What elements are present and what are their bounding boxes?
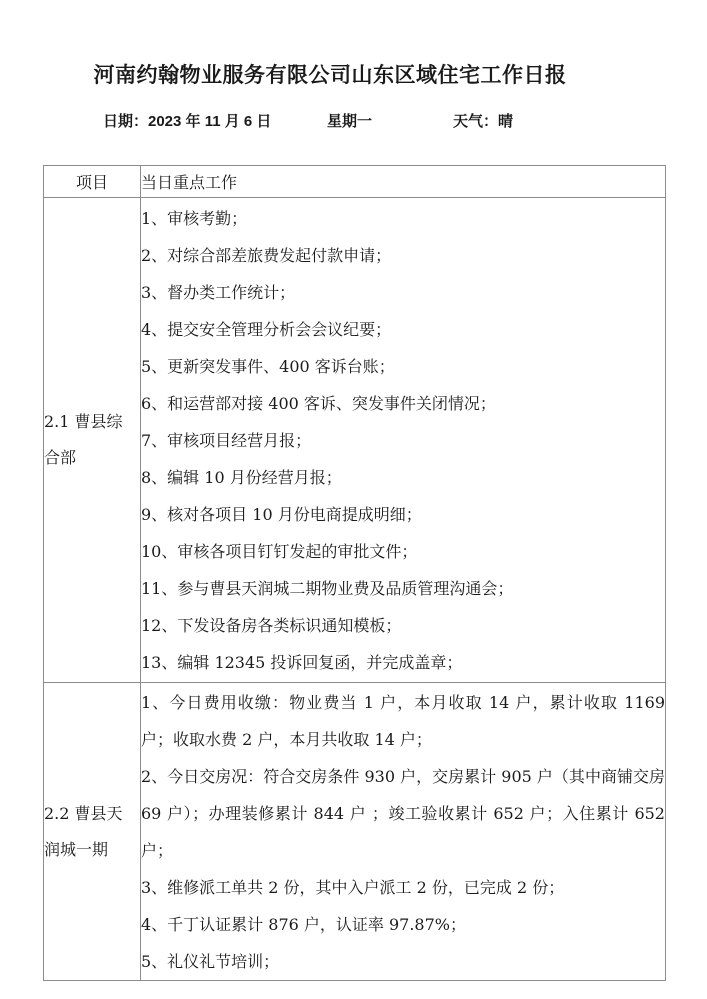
work-item: 5、礼仪礼节培训； [141, 943, 665, 980]
project-name-line: 2.2 曹县天 [44, 796, 140, 832]
work-item: 9、核对各项目 10 月份电商提成明细； [141, 496, 665, 533]
weekday-label: 星期一 [327, 111, 372, 133]
work-item: 4、千丁认证累计 876 户，认证率 97.87%； [141, 906, 665, 943]
work-item: 1、审核考勤； [141, 200, 665, 237]
table-row-caoxian-tianrun-phase1: 2.2 曹县天 润城一期 1、今日费用收缴：物业费当 1 户，本月收取 14 户… [44, 683, 666, 981]
column-header-project: 项目 [44, 166, 141, 198]
date-label: 日期：2023 年 11 月 6 日 [103, 111, 271, 133]
project-name-line: 2.1 曹县综 [44, 404, 140, 440]
table-header-row: 项目 当日重点工作 [44, 166, 666, 198]
table-row-caoxian-zonghebu: 2.1 曹县综 合部 1、审核考勤； 2、对综合部差旅费发起付款申请； 3、督办… [44, 198, 666, 683]
work-item: 3、维修派工单共 2 份，其中入户派工 2 份，已完成 2 份； [141, 869, 665, 906]
work-item: 3、督办类工作统计； [141, 274, 665, 311]
project-name-line: 润城一期 [44, 832, 140, 868]
work-item: 4、提交安全管理分析会会议纪要； [141, 311, 665, 348]
work-item: 10、审核各项目钉钉发起的审批文件； [141, 533, 665, 570]
work-item: 6、和运营部对接 400 客诉、突发事件关闭情况； [141, 385, 665, 422]
work-item: 1、今日费用收缴：物业费当 1 户，本月收取 14 户，累计收取 1169 户；… [141, 684, 665, 758]
work-item: 7、审核项目经营月报； [141, 422, 665, 459]
weather-label: 天气：晴 [453, 111, 513, 133]
work-cell: 1、今日费用收缴：物业费当 1 户，本月收取 14 户，累计收取 1169 户；… [141, 683, 666, 981]
project-cell: 2.1 曹县综 合部 [44, 198, 141, 683]
project-cell: 2.2 曹县天 润城一期 [44, 683, 141, 981]
work-item: 12、下发设备房各类标识通知模板； [141, 607, 665, 644]
daily-report-table: 项目 当日重点工作 2.1 曹县综 合部 1、审核考勤； 2、对综合部差旅费发起… [43, 165, 666, 981]
date-line: 日期：2023 年 11 月 6 日 星期一 天气：晴 [0, 111, 707, 133]
project-name-line: 合部 [44, 440, 140, 476]
work-cell: 1、审核考勤； 2、对综合部差旅费发起付款申请； 3、督办类工作统计； 4、提交… [141, 198, 666, 683]
work-item: 5、更新突发事件、400 客诉台账； [141, 348, 665, 385]
work-item: 13、编辑 12345 投诉回复函，并完成盖章； [141, 644, 665, 681]
work-item: 8、编辑 10 月份经营月报； [141, 459, 665, 496]
page-title: 河南约翰物业服务有限公司山东区域住宅工作日报 [0, 62, 660, 90]
work-item: 11、参与曹县天润城二期物业费及品质管理沟通会； [141, 570, 665, 607]
work-item: 2、今日交房况：符合交房条件 930 户，交房累计 905 户（其中商铺交房 6… [141, 758, 665, 869]
column-header-work: 当日重点工作 [141, 166, 666, 198]
work-item: 2、对综合部差旅费发起付款申请； [141, 237, 665, 274]
